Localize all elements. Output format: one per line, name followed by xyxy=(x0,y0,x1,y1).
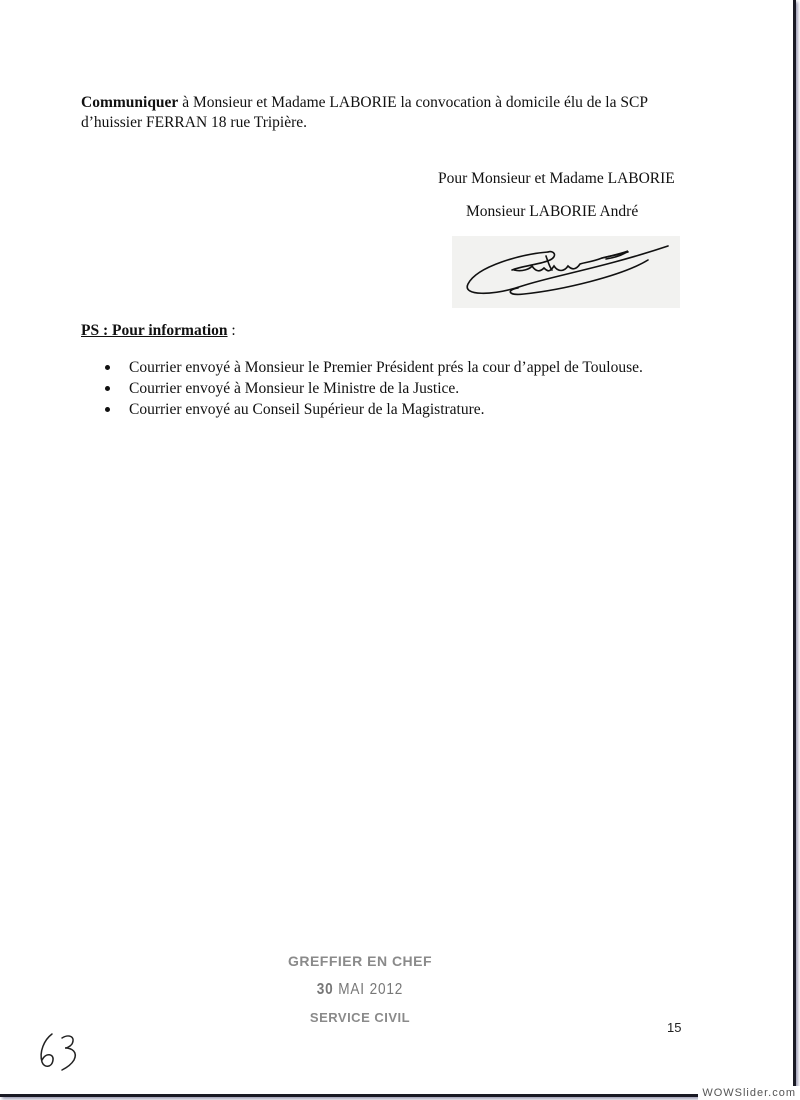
signature-line-name: Monsieur LABORIE André xyxy=(466,203,638,221)
stamp-title: GREFFIER EN CHEF xyxy=(280,948,440,974)
list-item: Courrier envoyé à Monsieur le Premier Pr… xyxy=(105,357,643,378)
bullet-icon xyxy=(105,407,110,412)
document-page: Communiquer à Monsieur et Madame LABORIE… xyxy=(0,0,796,1097)
handwritten-signature-icon xyxy=(452,236,680,308)
handwritten-number-icon xyxy=(36,1030,86,1075)
intro-paragraph: Communiquer à Monsieur et Madame LABORIE… xyxy=(81,93,681,133)
ps-heading-title: PS : Pour information xyxy=(81,322,228,339)
signature-line-for: Pour Monsieur et Madame LABORIE xyxy=(438,170,675,188)
stamp-service: SERVICE CIVIL xyxy=(280,1006,440,1030)
intro-line1-text: à Monsieur et Madame LABORIE la convocat… xyxy=(178,94,648,111)
list-item-text: Courrier envoyé à Monsieur le Premier Pr… xyxy=(129,359,643,376)
page-number: 15 xyxy=(667,1020,681,1035)
intro-bold-word: Communiquer xyxy=(81,94,178,111)
intro-line2-text: d’huissier FERRAN 18 rue Tripière. xyxy=(81,114,307,131)
list-item: Courrier envoyé au Conseil Supérieur de … xyxy=(105,399,643,420)
list-item-text: Courrier envoyé au Conseil Supérieur de … xyxy=(129,401,485,418)
ps-bullet-list: Courrier envoyé à Monsieur le Premier Pr… xyxy=(105,357,643,420)
bullet-icon xyxy=(105,365,110,370)
stamp-date-month-year: MAI 2012 xyxy=(334,981,404,998)
ps-heading: PS : Pour information : xyxy=(81,322,236,340)
bullet-icon xyxy=(105,386,110,391)
stamp-date-day: 30 xyxy=(317,981,334,998)
court-stamp: GREFFIER EN CHEF 30 MAI 2012 SERVICE CIV… xyxy=(280,948,440,1030)
list-item: Courrier envoyé à Monsieur le Ministre d… xyxy=(105,378,643,399)
watermark-text: WOWSlider.com xyxy=(698,1086,800,1100)
ps-heading-colon: : xyxy=(228,322,236,339)
stamp-date: 30 MAI 2012 xyxy=(292,974,428,1006)
list-item-text: Courrier envoyé à Monsieur le Ministre d… xyxy=(129,380,459,397)
